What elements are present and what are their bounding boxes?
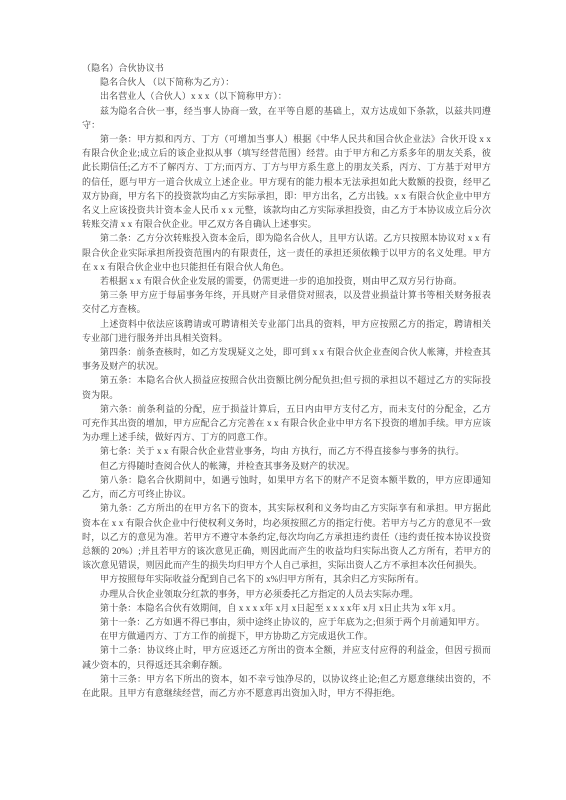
doc-paragraph-preamble: 兹为隐名合伙一事，经当事人协商一致，在平等自愿的基础上，双方达成如下条款，以兹共… xyxy=(82,104,491,132)
doc-paragraph-article-3: 第三条 甲方应于每届事务年终，开具财产目录借贷对照表，以及营业损益计算书等相关财… xyxy=(82,288,491,316)
doc-paragraph-article-5: 第五条：本隐名合伙人损益应按照合伙出资额比例分配负担;但亏损的承担以不超过乙方的… xyxy=(82,373,491,401)
doc-paragraph-article-4: 第四条：前条查核时，如乙方发现疑义之处，即可到 x x 有限合伙企业查阅合伙人帐… xyxy=(82,345,491,373)
doc-paragraph-article-8: 第八条：隐名合伙期间中，如遇亏蚀时，如果甲方名下的财产不足资本额半数的，甲方应即… xyxy=(82,473,491,501)
doc-paragraph-article-7-note: 但乙方得随时查阅合伙人的帐簿，并检查其事务及财产的状况。 xyxy=(82,459,491,473)
document-page: （隐名）合伙协议书 隐名合伙人 （以下简称为乙方）： 出名营业人（合伙人）x x… xyxy=(0,0,566,800)
doc-paragraph-article-13: 第十三条：甲方名下所出的资本，如不幸亏蚀净尽的，以协议终止论;但乙方愿意继续出资… xyxy=(82,672,491,700)
doc-paragraph-article-9-note-1: 甲方按照每年实际收益分配到自己名下的 x%归甲方所有，其余归乙方实际所有。 xyxy=(82,572,491,586)
doc-paragraph-article-2: 第二条：乙方分次转账投入资本金后，即为隐名合伙人，且甲方认诺。乙方只按照本协议对… xyxy=(82,231,491,274)
doc-paragraph-article-9: 第九条：乙方所出的在甲方名下的资本，其实际权利和义务均由乙方实际享有和承担。甲方… xyxy=(82,501,491,572)
doc-paragraph-article-11-note: 在甲方做通丙方、丁方工作的前提下，甲方协助乙方完成退伙工作。 xyxy=(82,629,491,643)
document-body: （隐名）合伙协议书 隐名合伙人 （以下简称为乙方）： 出名营业人（合伙人）x x… xyxy=(82,61,491,700)
doc-paragraph-article-11: 第十一条：乙方如遇不得已事由，须中途终止协议的，应于年底为之;但须于两个月前通知… xyxy=(82,615,491,629)
doc-paragraph-party-b: 隐名合伙人 （以下简称为乙方）： xyxy=(82,75,491,89)
document-title: （隐名）合伙协议书 xyxy=(82,61,491,75)
doc-paragraph-article-10: 第十条：本隐名合伙有效期间，自 x x x x年 x月 x日起至 x x x x… xyxy=(82,601,491,615)
doc-paragraph-article-7: 第七条：关于 x x 有限合伙企业营业事务，均由 方执行，而乙方不得直接参与事务… xyxy=(82,444,491,458)
doc-paragraph-article-12: 第十二条：协议终止时，甲方应返还乙方所出的资本全额，并应支付应得的利益金，但因亏… xyxy=(82,643,491,671)
doc-paragraph-party-a: 出名营业人（合伙人）x x x（以下简称甲方）： xyxy=(82,89,491,103)
doc-paragraph-article-2-note: 若根据 x x 有限合伙企业发展的需要，仍需更进一步的追加投资，则由甲乙双方另行… xyxy=(82,274,491,288)
doc-paragraph-article-6: 第六条：前条利益的分配，应于损益计算后，五日内由甲方支付乙方，而未支付的分配金，… xyxy=(82,402,491,445)
doc-paragraph-article-9-note-2: 办理从合伙企业领取分红款的事务，甲方必须委托乙方指定的人员去实际办理。 xyxy=(82,587,491,601)
doc-paragraph-article-1: 第一条：甲方拟和丙方、丁方（可增加当事人）根据《中华人民共和国合伙企业法》合伙开… xyxy=(82,132,491,231)
doc-paragraph-article-3-note: 上述资料中依法应该聘请或可聘请相关专业部门出具的资料，甲方应按照乙方的指定，聘请… xyxy=(82,317,491,345)
